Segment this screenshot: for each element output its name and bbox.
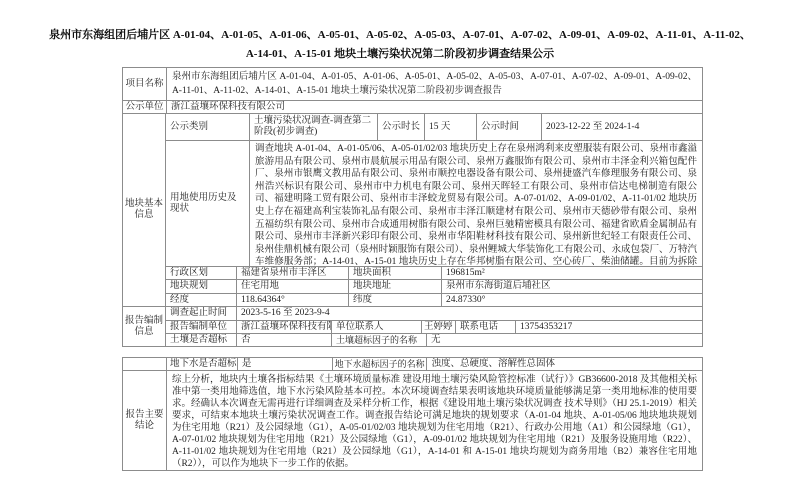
publicity-duration-label: 公示时长 xyxy=(378,114,425,141)
report-compiler-value: 浙江益壤环保科技有限公司 xyxy=(237,321,332,334)
page-title-line1: 泉州市东海组团后埔片区 A-01-04、A-01-05、A-01-06、A-05… xyxy=(0,26,800,45)
table-row: 报告编制单位 浙江益壤环保科技有限公司 单位联系人 王婷婷 联系电话 13754… xyxy=(166,321,703,334)
basic-info-group-label: 地块基本信息 xyxy=(123,114,166,307)
page-title: 泉州市东海组团后埔片区 A-01-04、A-01-05、A-01-06、A-05… xyxy=(0,26,800,64)
table-row: 地块规划 住宅用地 地块地址 泉州市东海街道后埔社区 xyxy=(166,280,703,294)
unit-contact-value: 王婷婷 xyxy=(422,321,456,334)
project-name-label: 项目名称 xyxy=(123,68,167,101)
document-page: { "page": { "title_line1": "泉州市东海组团后埔片区 … xyxy=(0,0,800,500)
basic-info-group: 地块基本信息 公示类别 土壤污染状况调查-调查第二阶段(初步调查) 公示时长 1… xyxy=(123,114,703,307)
table-row: 项目名称 泉州市东海组团后埔片区 A-01-04、A-01-05、A-01-06… xyxy=(123,68,703,101)
unit-contact-label: 单位联系人 xyxy=(332,321,422,334)
plot-area-label: 地块面积 xyxy=(349,267,442,280)
groundwater-exceed-label: 地下水是否超标 xyxy=(167,358,238,371)
publicity-period-label: 公示时间 xyxy=(477,114,542,141)
groundwater-factors-value: 浊度、总硬度、溶解性总固体 xyxy=(427,358,703,371)
soil-factors-value: 无 xyxy=(427,334,703,347)
plot-planning-value: 住宅用地 xyxy=(237,280,349,294)
survey-period-value: 2023-5-16 至 2023-9-4 xyxy=(237,307,703,321)
publicity-unit-label: 公示单位 xyxy=(123,101,167,114)
soil-factors-label: 土壤超标因子的名称 xyxy=(332,334,427,347)
longitude-value: 118.64364° xyxy=(237,294,349,307)
groundwater-exceed-value: 是 xyxy=(238,358,333,371)
plot-area-value: 196815m² xyxy=(442,267,703,280)
table-row: 公示单位 浙江益壤环保科技有限公司 xyxy=(123,101,703,114)
survey-period-label: 调查起止时间 xyxy=(166,307,237,321)
publicity-type-label: 公示类别 xyxy=(166,114,250,141)
contact-phone-value: 13754353217 xyxy=(516,321,703,334)
basic-info-subrows: 公示类别 土壤污染状况调查-调查第二阶段(初步调查) 公示时长 15 天 公示时… xyxy=(166,114,703,307)
page-title-line2: A-14-01、A-15-01 地块土壤污染状况第二阶段初步调查结果公示 xyxy=(0,45,800,64)
report-info-group: 报告编制信息 调查起止时间 2023-5-16 至 2023-9-4 报告编制单… xyxy=(123,307,703,347)
soil-exceed-value: 否 xyxy=(237,334,332,347)
groundwater-factors-label: 地下水超标因子的名称 xyxy=(333,358,428,371)
soil-exceed-label: 土壤是否超标 xyxy=(166,334,237,347)
publicity-unit-value: 浙江益壤环保科技有限公司 xyxy=(167,101,703,114)
table-row: 调查起止时间 2023-5-16 至 2023-9-4 xyxy=(166,307,703,321)
plot-address-value: 泉州市东海街道后埔社区 xyxy=(442,280,703,294)
table-row: 地下水是否超标 是 地下水超标因子的名称 浊度、总硬度、溶解性总固体 xyxy=(123,358,703,371)
latitude-label: 纬度 xyxy=(349,294,442,307)
conclusion-group: 报告主要结论 综上分析，地块内土壤各指标结果《土壤环境质量标准 建设用地土壤污染… xyxy=(123,371,703,471)
publicity-duration-value: 15 天 xyxy=(425,114,477,141)
latitude-value: 24.87330° xyxy=(442,294,703,307)
main-info-table: 项目名称 泉州市东海组团后埔片区 A-01-04、A-01-05、A-01-06… xyxy=(122,67,703,347)
report-info-group-label: 报告编制信息 xyxy=(123,307,166,347)
admin-division-value: 福建省泉州市丰泽区 xyxy=(237,267,349,280)
table-row: 经度 118.64364° 纬度 24.87330° xyxy=(166,294,703,307)
table-row: 土壤是否超标 否 土壤超标因子的名称 无 xyxy=(166,334,703,347)
table-row: 行政区划 福建省泉州市丰泽区 地块面积 196815m² xyxy=(166,267,703,280)
table-row: 公示类别 土壤污染状况调查-调查第二阶段(初步调查) 公示时长 15 天 公示时… xyxy=(166,114,703,141)
longitude-label: 经度 xyxy=(166,294,237,307)
table-row: 用地使用历史及现状 调查地块 A-01-04、A-01-05/06、A-05-0… xyxy=(166,141,703,267)
contact-phone-label: 联系电话 xyxy=(456,321,516,334)
project-name-value: 泉州市东海组团后埔片区 A-01-04、A-01-05、A-01-06、A-05… xyxy=(167,68,703,101)
admin-division-label: 行政区划 xyxy=(166,267,237,280)
land-history-value: 调查地块 A-01-04、A-01-05/06、A-05-01/02/03 地块… xyxy=(250,141,703,267)
report-info-subrows: 调查起止时间 2023-5-16 至 2023-9-4 报告编制单位 浙江益壤环… xyxy=(166,307,703,347)
report-compiler-label: 报告编制单位 xyxy=(166,321,237,334)
conclusion-value: 综上分析，地块内土壤各指标结果《土壤环境质量标准 建设用地土壤污染风险管控标准（… xyxy=(167,371,703,471)
land-history-label: 用地使用历史及现状 xyxy=(166,141,250,267)
publicity-type-value: 土壤污染状况调查-调查第二阶段(初步调查) xyxy=(250,114,378,141)
empty-cell xyxy=(123,358,167,371)
publicity-period-value: 2023-12-22 至 2024-1-4 xyxy=(542,114,703,141)
plot-address-label: 地块地址 xyxy=(349,280,442,294)
plot-planning-label: 地块规划 xyxy=(166,280,237,294)
conclusion-table: 地下水是否超标 是 地下水超标因子的名称 浊度、总硬度、溶解性总固体 报告主要结… xyxy=(122,357,703,471)
conclusion-group-label: 报告主要结论 xyxy=(123,371,167,471)
